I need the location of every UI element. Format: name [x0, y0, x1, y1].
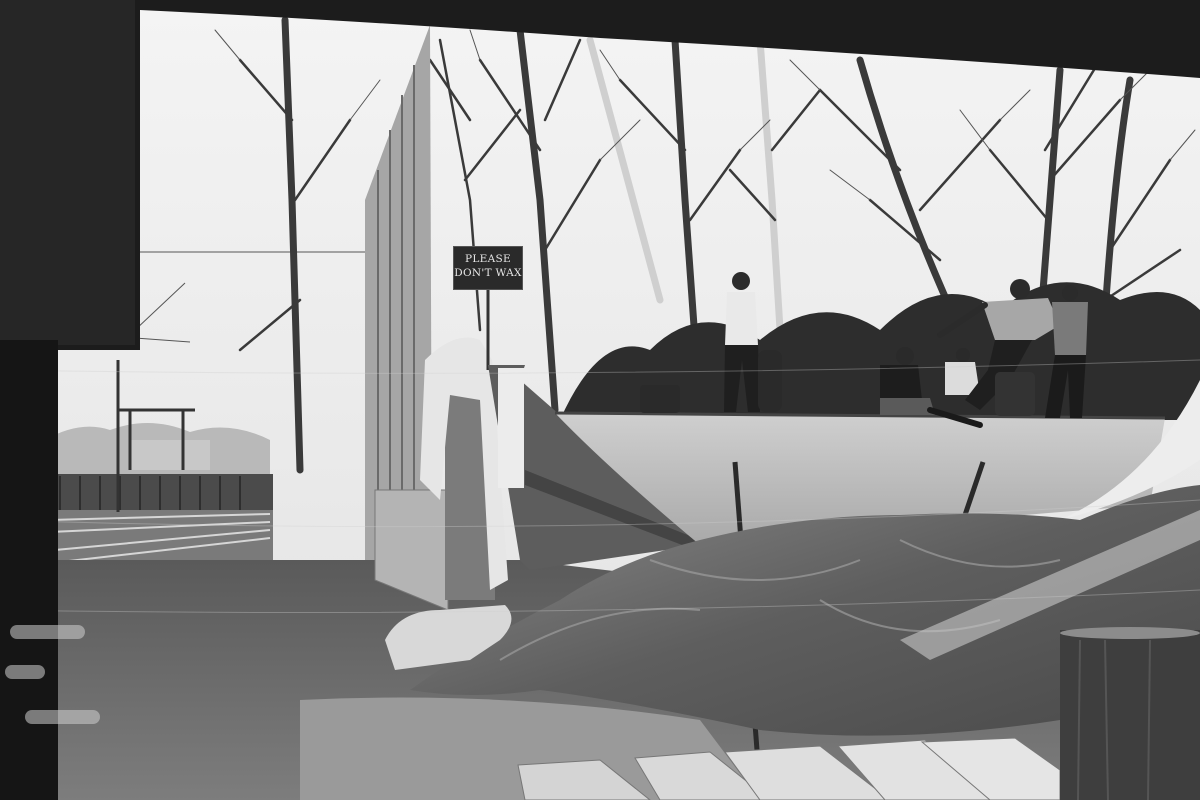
sign-line-1: PLEASE [454, 252, 522, 266]
photo-scene: PLEASE DON'T WAX [0, 0, 1200, 800]
tree-stump [1060, 627, 1200, 800]
sign-line-2: DON'T WAX [454, 266, 522, 280]
deck-bag [640, 385, 680, 413]
distant-background [45, 423, 270, 480]
please-dont-wax-sign: PLEASE DON'T WAX [453, 246, 523, 290]
scene-background [0, 0, 1200, 800]
backpack [995, 372, 1035, 416]
